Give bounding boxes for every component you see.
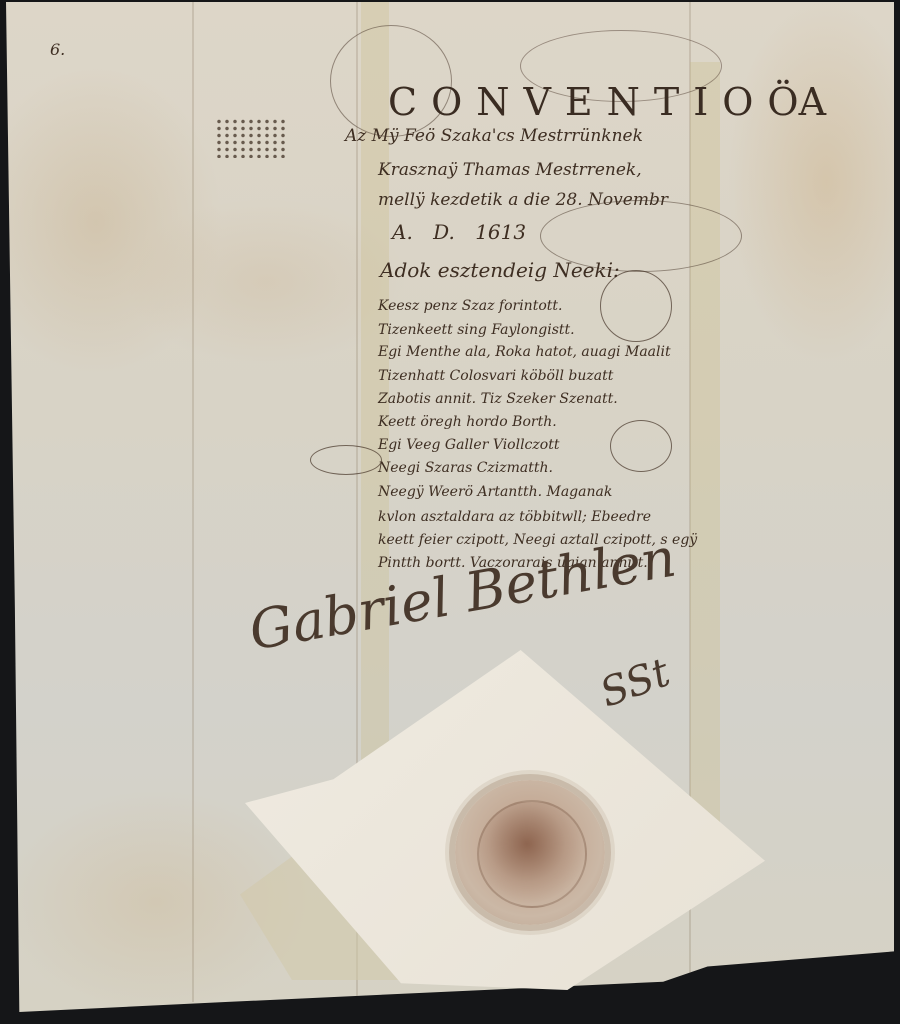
page-number: 6. — [50, 40, 65, 59]
document-title: CONVENTIOÖA — [388, 80, 826, 124]
text-line: Egi Menthe ala, Roka hatot, auagi Maalit — [378, 344, 671, 360]
text-line: Adok esztendeig Neeki: — [380, 258, 620, 282]
text-line: Neegÿ Weerö Artantth. Maganak — [378, 484, 612, 500]
date-line: A. D. 1613 — [392, 220, 526, 244]
flourish — [610, 420, 672, 472]
text-line: Tizenkeett sing Faylongistt. — [378, 322, 575, 338]
text-line: Neegi Szaras Czizmatth. — [378, 460, 553, 476]
fold-line — [192, 2, 194, 1002]
text-line: Tizenhatt Colosvari köböll buzatt — [378, 368, 613, 384]
ink-blot — [215, 118, 285, 158]
seal-emblem — [477, 800, 587, 908]
text-line: Keett öregh hordo Borth. — [378, 414, 557, 430]
text-line: Az Mÿ Feö Szaka'cs Mestrrünknek — [345, 126, 643, 146]
tape-strip — [690, 62, 720, 882]
text-line: mellÿ kezdetik a die 28. Novembr — [378, 190, 668, 210]
wax-seal — [455, 780, 605, 925]
text-line: Keesz penz Szaz forintott. — [378, 298, 562, 314]
flourish — [310, 445, 382, 475]
text-line: Krasznaÿ Thamas Mestrrenek, — [378, 160, 642, 180]
text-line: Egi Veeg Galler Viollczott — [378, 437, 559, 453]
text-line: Zabotis annit. Tiz Szeker Szenatt. — [378, 391, 618, 407]
text-line: kvlon asztaldara az többitwll; Ebeedre — [378, 509, 651, 525]
